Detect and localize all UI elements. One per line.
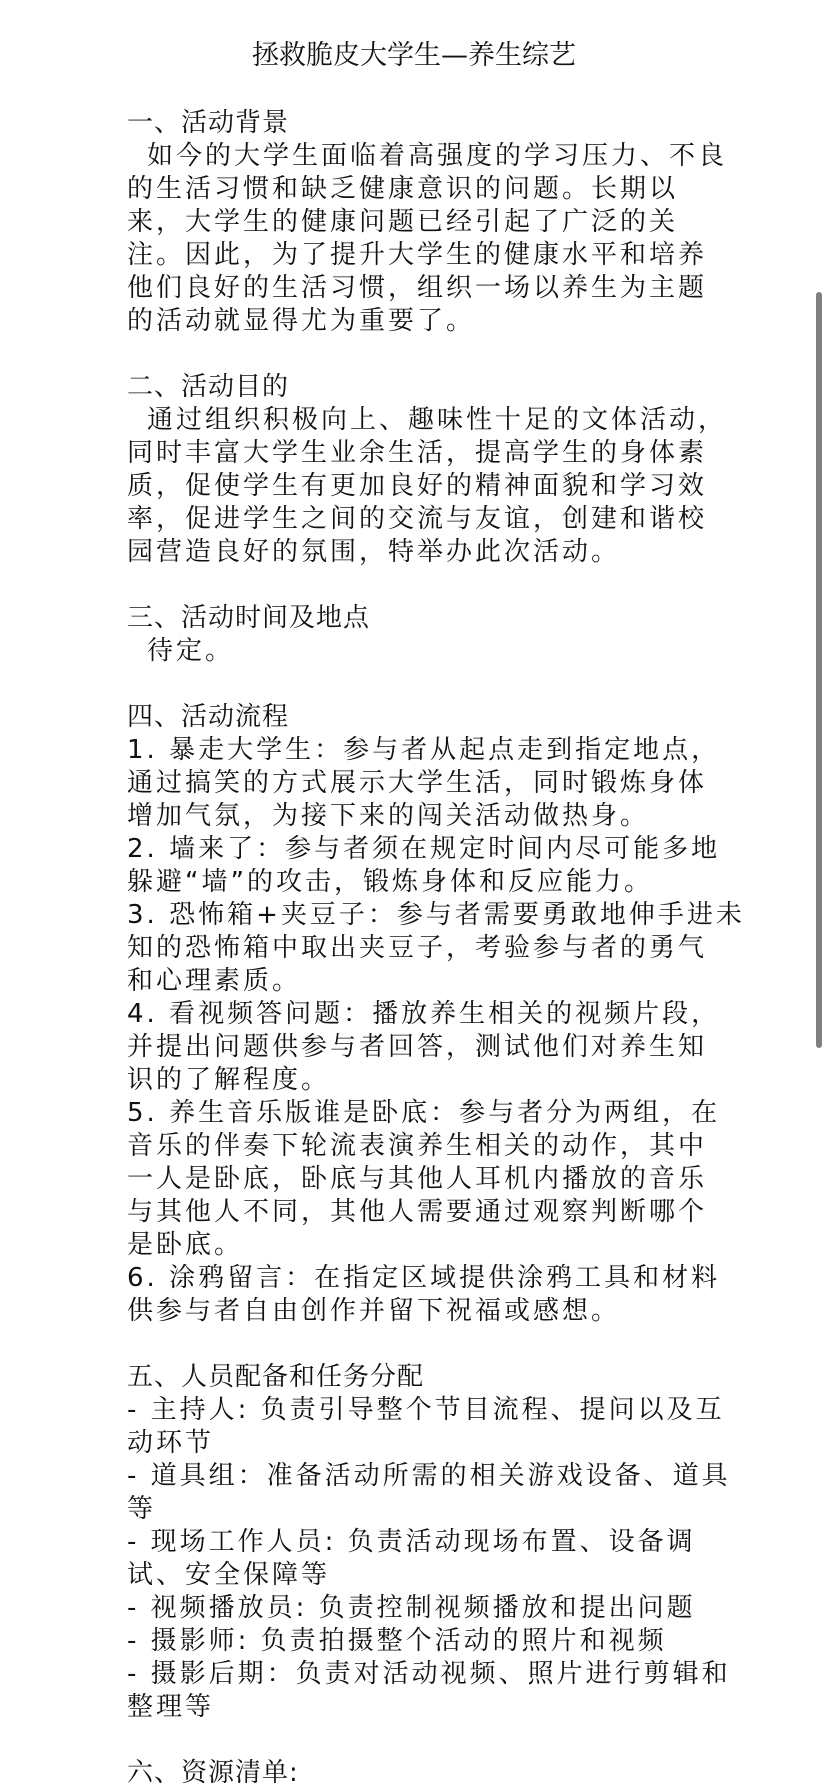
list-item-line: 2. 墙来了：参与者须在规定时间内尽可能多地 xyxy=(127,833,727,866)
list-item-line: 供参与者自由创作并留下祝福或感想。 xyxy=(127,1295,727,1328)
paragraph-line: 待定。 xyxy=(127,635,727,668)
list-item-line: 动环节 xyxy=(127,1427,727,1460)
section-heading-process: 四、活动流程 xyxy=(127,701,727,734)
paragraph-line: 率，促进学生之间的交流与友谊，创建和谐校 xyxy=(127,503,727,536)
list-item-line: 并提出问题供参与者回答，测试他们对养生知 xyxy=(127,1031,727,1064)
paragraph-line: 通过组织积极向上、趣味性十足的文体活动， xyxy=(127,404,727,437)
list-item-line: 一人是卧底，卧底与其他人耳机内播放的音乐 xyxy=(127,1163,727,1196)
list-item-line: - 摄影师: 负责拍摄整个活动的照片和视频 xyxy=(127,1625,727,1658)
paragraph-line: 园营造良好的氛围，特举办此次活动。 xyxy=(127,536,727,569)
list-item-line: 增加气氛，为接下来的闯关活动做热身。 xyxy=(127,800,727,833)
list-item-line: 5. 养生音乐版谁是卧底：参与者分为两组，在 xyxy=(127,1097,727,1130)
paragraph-line: 他们良好的生活习惯，组织一场以养生为主题 xyxy=(127,272,727,305)
blank-line xyxy=(127,1328,727,1361)
list-item-line: - 主持人: 负责引导整个节目流程、提问以及互 xyxy=(127,1394,727,1427)
list-item-line: 和心理素质。 xyxy=(127,965,727,998)
list-item-line: 躲避“墙”的攻击，锻炼身体和反应能力。 xyxy=(127,866,727,899)
paragraph-line: 注。因此，为了提升大学生的健康水平和培养 xyxy=(127,239,727,272)
paragraph-line: 如今的大学生面临着高强度的学习压力、不良 xyxy=(127,140,727,173)
paragraph-line: 来，大学生的健康问题已经引起了广泛的关 xyxy=(127,206,727,239)
list-item-line: 4. 看视频答问题：播放养生相关的视频片段， xyxy=(127,998,727,1031)
list-item-line: 知的恐怖箱中取出夹豆子，考验参与者的勇气 xyxy=(127,932,727,965)
paragraph-line: 同时丰富大学生业余生活，提高学生的身体素 xyxy=(127,437,727,470)
section-heading-purpose: 二、活动目的 xyxy=(127,371,727,404)
blank-line xyxy=(127,338,727,371)
vertical-scrollbar[interactable] xyxy=(816,292,822,1048)
list-item-line: - 摄影后期：负责对活动视频、照片进行剪辑和 xyxy=(127,1658,727,1691)
list-item-line: - 现场工作人员: 负责活动现场布置、设备调 xyxy=(127,1526,727,1559)
section-heading-resources: 六、资源清单: xyxy=(127,1757,727,1790)
document-body: 一、活动背景 如今的大学生面临着高强度的学习压力、不良 的生活习惯和缺乏健康意识… xyxy=(127,107,727,1790)
list-item-line: 音乐的伴奏下轮流表演养生相关的动作，其中 xyxy=(127,1130,727,1163)
section-heading-time-place: 三、活动时间及地点 xyxy=(127,602,727,635)
document-title: 拯救脆皮大学生—养生综艺 xyxy=(0,38,828,74)
list-item-line: 等 xyxy=(127,1493,727,1526)
blank-line xyxy=(127,569,727,602)
section-heading-background: 一、活动背景 xyxy=(127,107,727,140)
list-item-line: 通过搞笑的方式展示大学生活，同时锻炼身体 xyxy=(127,767,727,800)
list-item-line: 是卧底。 xyxy=(127,1229,727,1262)
list-item-line: - 视频播放员: 负责控制视频播放和提出问题 xyxy=(127,1592,727,1625)
list-item-line: 3. 恐怖箱+夹豆子：参与者需要勇敢地伸手进未 xyxy=(127,899,727,932)
list-item-line: 试、安全保障等 xyxy=(127,1559,727,1592)
paragraph-line: 的活动就显得尤为重要了。 xyxy=(127,305,727,338)
list-item-line: 识的了解程度。 xyxy=(127,1064,727,1097)
list-item-line: 6. 涂鸦留言：在指定区域提供涂鸦工具和材料 xyxy=(127,1262,727,1295)
list-item-line: 与其他人不同，其他人需要通过观察判断哪个 xyxy=(127,1196,727,1229)
list-item-line: - 道具组：准备活动所需的相关游戏设备、道具 xyxy=(127,1460,727,1493)
paragraph-line: 质，促使学生有更加良好的精神面貌和学习效 xyxy=(127,470,727,503)
paragraph-line: 的生活习惯和缺乏健康意识的问题。长期以 xyxy=(127,173,727,206)
list-item-line: 整理等 xyxy=(127,1691,727,1724)
section-heading-staffing: 五、人员配备和任务分配 xyxy=(127,1361,727,1394)
list-item-line: 1. 暴走大学生：参与者从起点走到指定地点， xyxy=(127,734,727,767)
blank-line xyxy=(127,668,727,701)
blank-line xyxy=(127,1724,727,1757)
